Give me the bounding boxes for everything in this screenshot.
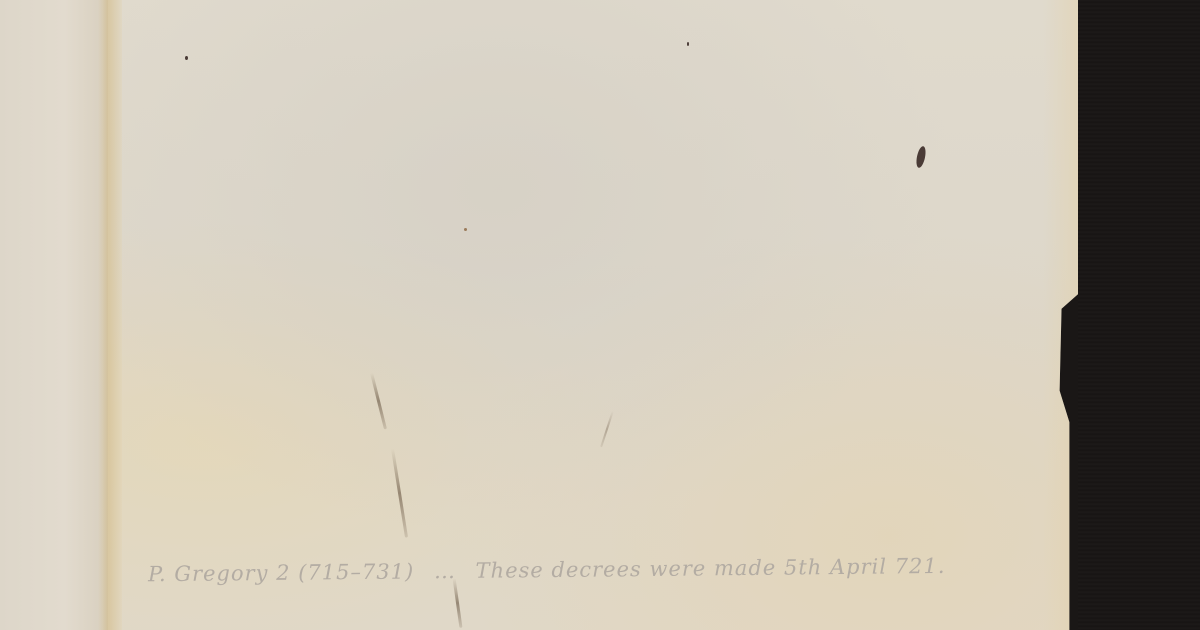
dark-backing-board bbox=[1078, 0, 1200, 630]
page-edge bbox=[1043, 0, 1083, 630]
annotation-ellipsis: … bbox=[434, 559, 456, 583]
manuscript-page bbox=[108, 0, 1083, 630]
ink-speck bbox=[687, 42, 689, 46]
facing-leaf bbox=[0, 0, 108, 630]
ink-speck bbox=[185, 56, 188, 60]
annotation-note: These decrees were made 5th April 721. bbox=[475, 554, 945, 583]
ink-speck bbox=[464, 228, 467, 231]
binding-gutter bbox=[98, 0, 122, 630]
annotation-citation: P. Gregory 2 (715–731) bbox=[148, 559, 414, 586]
